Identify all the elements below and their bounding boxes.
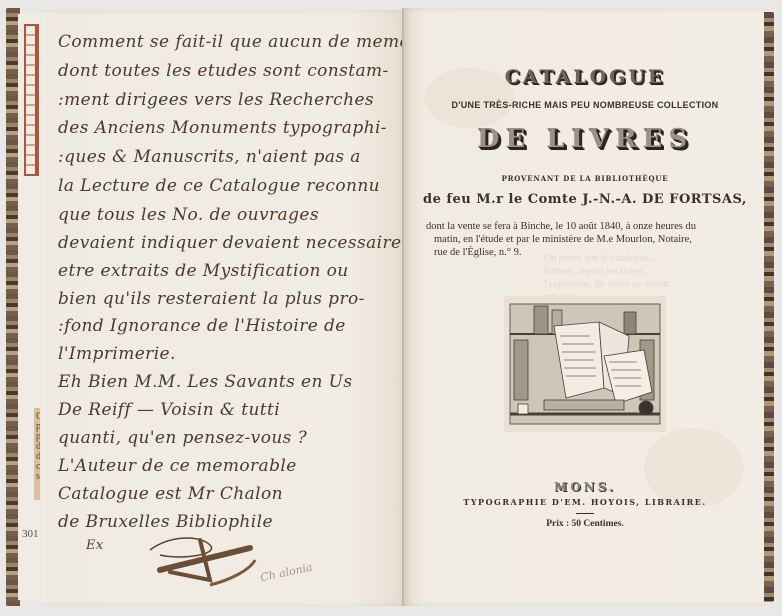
handwriting-line: l'Imprimerie. (58, 344, 176, 364)
livres-title: DE LIVRES (404, 124, 766, 154)
red-ornamental-border (24, 24, 39, 176)
handwriting-line: Eh Bien M.M. Les Savants en Us (58, 372, 353, 392)
handwriting-line: de Bruxelles Bibliophile (58, 512, 273, 532)
handwriting-line: que tous les No. de ouvrages (58, 205, 319, 225)
divider-rule (576, 513, 594, 514)
signature-prefix: Ex (86, 538, 104, 553)
title-page: CATALOGUE D'UNE TRÈS-RICHE MAIS PEU NOMB… (404, 8, 766, 606)
handwriting-line: :ment dirigees vers les Recherches (58, 90, 374, 110)
handwriting-line: devaient indiquer devaient necessairemen… (58, 233, 447, 253)
handwriting-line: Catalogue est Mr Chalon (58, 484, 283, 504)
owner-line: de feu M.r le Comte J.-N.-A. DE FORTSAS, (404, 192, 766, 207)
paper-stain (644, 428, 744, 508)
handwriting-line: De Reiff — Voisin & tutti (58, 400, 280, 420)
ink-signature-flourish-icon (140, 530, 270, 590)
handwriting-line: Comment se fait-il que aucun de meme (58, 32, 410, 52)
collection-subtitle: D'UNE TRÈS-RICHE MAIS PEU NOMBREUSE COLL… (404, 100, 766, 110)
handwriting-line: la Lecture de ce Catalogue reconnu (58, 176, 380, 196)
price-line: Prix : 50 Centimes. (404, 519, 766, 529)
books-engraving-icon (504, 296, 666, 432)
handwriting-line: L'Auteur de ce memorable (58, 456, 297, 476)
catalogue-title: CATALOGUE (404, 66, 766, 88)
handwriting-line: des Anciens Monuments typographi- (58, 118, 387, 138)
open-book: CA peu pro de den c s 301 Ca E Comment s… (6, 8, 774, 606)
handwriting-line: quanti, qu'en pensez-vous ? (58, 428, 307, 448)
handwriting-line: dont toutes les etudes sont constam- (58, 61, 389, 81)
handwriting-line: :fond Ignorance de l'Histoire de (58, 316, 346, 336)
imprint-printer: TYPOGRAPHIE D'EM. HOYOIS, LIBRAIRE. (404, 497, 766, 507)
imprint-city: MONS. (404, 480, 766, 494)
marbled-cover-right-edge (764, 12, 774, 602)
handwriting-line: bien qu'ils resteraient la plus pro- (58, 289, 365, 309)
handwritten-page: Comment se fait-il que aucun de meme don… (40, 10, 406, 606)
provenance-line: PROVENANT DE LA BIBLIOTHÈQUE (404, 174, 766, 183)
handwriting-line: etre extraits de Mystification ou (58, 261, 349, 281)
handwriting-line: :ques & Manuscrits, n'aient pas a (58, 147, 361, 167)
